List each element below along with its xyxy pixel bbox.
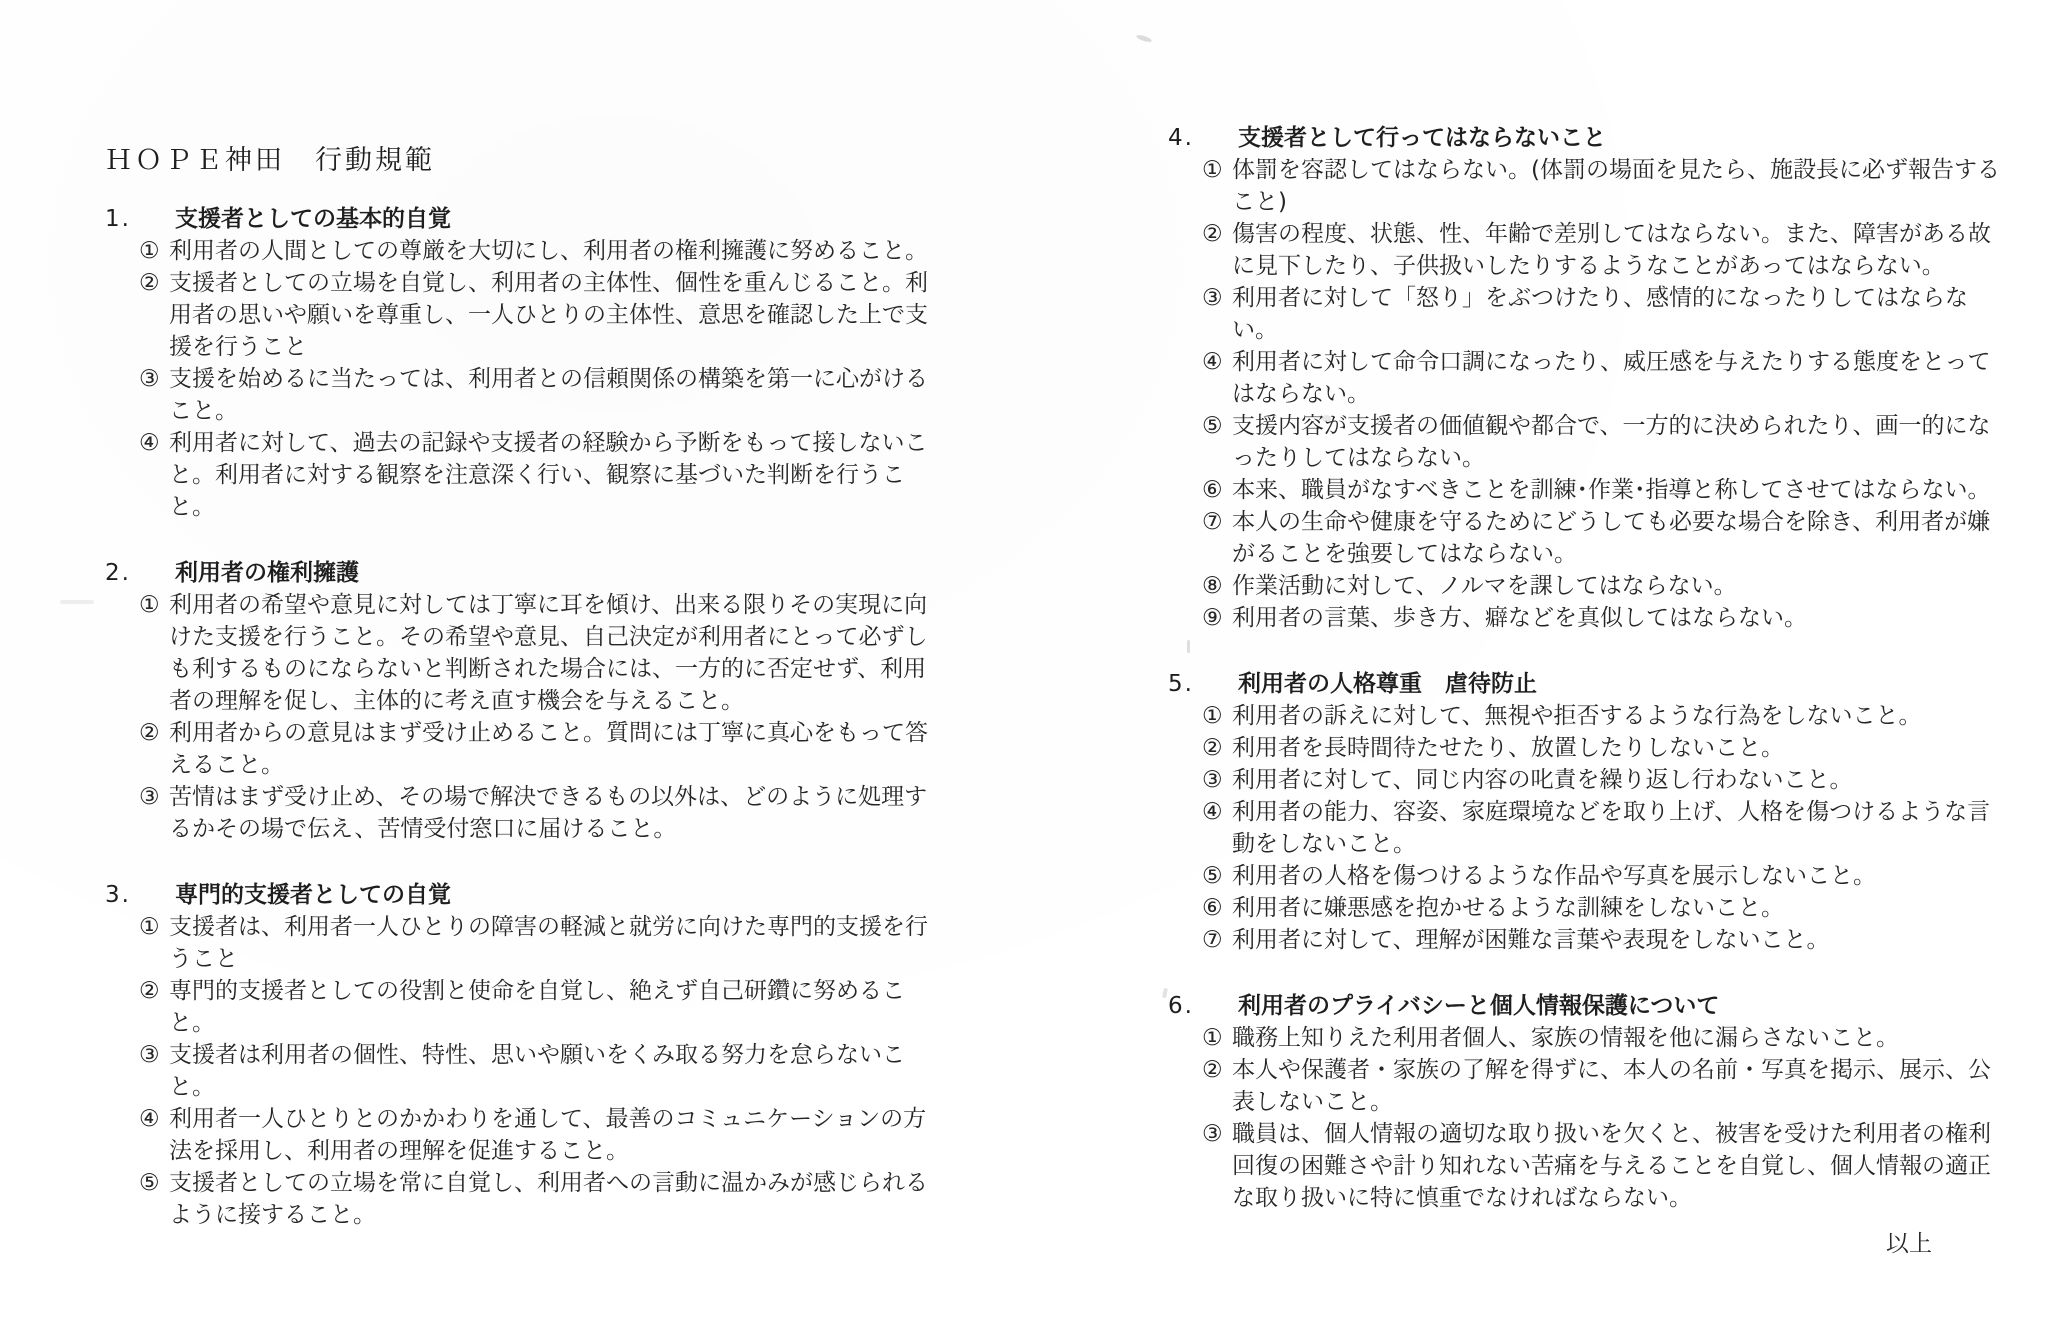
list-item: ①利用者の訴えに対して、無視や拒否するような行為をしないこと。 bbox=[1168, 700, 2006, 732]
item-text: 利用者の人格を傷つけるような作品や写真を展示しないこと。 bbox=[1232, 860, 2006, 892]
item-text: 本人や保護者・家族の了解を得ずに、本人の名前・写真を掲示、展示、公表しないこと。 bbox=[1232, 1054, 2006, 1118]
item-text: 支援者は、利用者一人ひとりの障害の軽減と就労に向けた専門的支援を行うこと bbox=[169, 911, 943, 975]
item-number-marker: ⑦ bbox=[1202, 506, 1232, 570]
item-number-marker: ① bbox=[1202, 700, 1232, 732]
section-header: 3.専門的支援者としての自覚 bbox=[105, 879, 943, 911]
list-item: ③支援を始めるに当たっては、利用者との信頼関係の構築を第一に心がけること。 bbox=[105, 363, 943, 427]
list-item: ③苦情はまず受け止め、その場で解決できるもの以外は、どのように処理するかその場で… bbox=[105, 781, 943, 845]
list-item: ②利用者からの意見はまず受け止めること。質問には丁寧に真心をもって答えること。 bbox=[105, 717, 943, 781]
list-item: ④利用者一人ひとりとのかかわりを通して、最善のコミュニケーションの方法を採用し、… bbox=[105, 1103, 943, 1167]
item-text: 利用者に対して命令口調になったり、威圧感を与えたりする態度をとってはならない。 bbox=[1232, 346, 2006, 410]
item-text: 体罰を容認してはならない。(体罰の場面を見たら、施設長に必ず報告すること) bbox=[1232, 154, 2006, 218]
item-text: 支援者としての立場を自覚し、利用者の主体性、個性を重んじること。利用者の思いや願… bbox=[169, 267, 943, 363]
closing-mark: 以上 bbox=[1168, 1228, 2006, 1260]
right-column: 4.支援者として行ってはならないこと①体罰を容認してはならない。(体罰の場面を見… bbox=[1168, 122, 2006, 1260]
item-number-marker: ⑦ bbox=[1202, 924, 1232, 956]
item-number-marker: ③ bbox=[1202, 1118, 1232, 1214]
list-item: ④利用者の能力、容姿、家庭環境などを取り上げ、人格を傷つけるような言動をしないこ… bbox=[1168, 796, 2006, 860]
item-number-marker: ⑥ bbox=[1202, 474, 1232, 506]
item-text: 利用者に対して、同じ内容の叱責を繰り返し行わないこと。 bbox=[1232, 764, 2006, 796]
item-text: 利用者からの意見はまず受け止めること。質問には丁寧に真心をもって答えること。 bbox=[169, 717, 943, 781]
item-number-marker: ② bbox=[139, 267, 169, 363]
item-number-marker: ⑨ bbox=[1202, 602, 1232, 634]
item-number-marker: ⑧ bbox=[1202, 570, 1232, 602]
item-text: 利用者に嫌悪感を抱かせるような訓練をしないこと。 bbox=[1232, 892, 2006, 924]
section-heading: 利用者の権利擁護 bbox=[175, 557, 359, 589]
list-item: ③利用者に対して「怒り」をぶつけたり、感情的になったりしてはならない。 bbox=[1168, 282, 2006, 346]
section: 2.利用者の権利擁護①利用者の希望や意見に対しては丁寧に耳を傾け、出来る限りその… bbox=[105, 557, 943, 845]
list-item: ①支援者は、利用者一人ひとりの障害の軽減と就労に向けた専門的支援を行うこと bbox=[105, 911, 943, 975]
section: 6.利用者のプライバシーと個人情報保護について①職務上知りえた利用者個人、家族の… bbox=[1168, 990, 2006, 1214]
scanned-document-page: ＨＯＰＥ神田 行動規範 1.支援者としての基本的自覚①利用者の人間としての尊厳を… bbox=[0, 0, 2048, 1318]
item-text: 苦情はまず受け止め、その場で解決できるもの以外は、どのように処理するかその場で伝… bbox=[169, 781, 943, 845]
item-number-marker: ② bbox=[1202, 732, 1232, 764]
section: 3.専門的支援者としての自覚①支援者は、利用者一人ひとりの障害の軽減と就労に向け… bbox=[105, 879, 943, 1231]
list-item: ⑨利用者の言葉、歩き方、癖などを真似してはならない。 bbox=[1168, 602, 2006, 634]
scan-artifact bbox=[1136, 34, 1153, 44]
item-text: 利用者に対して、過去の記録や支援者の経験から予断をもって接しないこと。利用者に対… bbox=[169, 427, 943, 523]
list-item: ⑤支援者としての立場を常に自覚し、利用者への言動に温かみが感じられるように接する… bbox=[105, 1167, 943, 1231]
item-text: 職員は、個人情報の適切な取り扱いを欠くと、被害を受けた利用者の権利回復の困難さや… bbox=[1232, 1118, 2006, 1214]
item-text: 支援者としての立場を常に自覚し、利用者への言動に温かみが感じられるように接するこ… bbox=[169, 1167, 943, 1231]
list-item: ③利用者に対して、同じ内容の叱責を繰り返し行わないこと。 bbox=[1168, 764, 2006, 796]
item-text: 支援者は利用者の個性、特性、思いや願いをくみ取る努力を怠らないこと。 bbox=[169, 1039, 943, 1103]
section-number: 4. bbox=[1168, 122, 1238, 154]
item-number-marker: ① bbox=[139, 589, 169, 717]
list-item: ⑧作業活動に対して、ノルマを課してはならない。 bbox=[1168, 570, 2006, 602]
section-header: 4.支援者として行ってはならないこと bbox=[1168, 122, 2006, 154]
list-item: ②専門的支援者としての役割と使命を自覚し、絶えず自己研鑽に努めること。 bbox=[105, 975, 943, 1039]
section-heading: 利用者の人格尊重 虐待防止 bbox=[1238, 668, 1537, 700]
section: 4.支援者として行ってはならないこと①体罰を容認してはならない。(体罰の場面を見… bbox=[1168, 122, 2006, 634]
item-number-marker: ④ bbox=[1202, 796, 1232, 860]
list-item: ①利用者の人間としての尊厳を大切にし、利用者の権利擁護に努めること。 bbox=[105, 235, 943, 267]
list-item: ①職務上知りえた利用者個人、家族の情報を他に漏らさないこと。 bbox=[1168, 1022, 2006, 1054]
item-number-marker: ⑥ bbox=[1202, 892, 1232, 924]
item-text: 本人の生命や健康を守るためにどうしても必要な場合を除き、利用者が嫌がることを強要… bbox=[1232, 506, 2006, 570]
item-text: 利用者の希望や意見に対しては丁寧に耳を傾け、出来る限りその実現に向けた支援を行う… bbox=[169, 589, 943, 717]
list-item: ②利用者を長時間待たせたり、放置したりしないこと。 bbox=[1168, 732, 2006, 764]
item-number-marker: ③ bbox=[139, 781, 169, 845]
right-sections: 4.支援者として行ってはならないこと①体罰を容認してはならない。(体罰の場面を見… bbox=[1168, 122, 2006, 1214]
item-number-marker: ① bbox=[1202, 1022, 1232, 1054]
item-number-marker: ① bbox=[139, 911, 169, 975]
list-item: ⑦本人の生命や健康を守るためにどうしても必要な場合を除き、利用者が嫌がることを強… bbox=[1168, 506, 2006, 570]
item-number-marker: ③ bbox=[1202, 282, 1232, 346]
item-number-marker: ② bbox=[1202, 1054, 1232, 1118]
item-text: 利用者の能力、容姿、家庭環境などを取り上げ、人格を傷つけるような言動をしないこと… bbox=[1232, 796, 2006, 860]
section-heading: 支援者として行ってはならないこと bbox=[1238, 122, 1606, 154]
item-number-marker: ④ bbox=[1202, 346, 1232, 410]
list-item: ④利用者に対して命令口調になったり、威圧感を与えたりする態度をとってはならない。 bbox=[1168, 346, 2006, 410]
item-text: 職務上知りえた利用者個人、家族の情報を他に漏らさないこと。 bbox=[1232, 1022, 2006, 1054]
item-number-marker: ③ bbox=[139, 1039, 169, 1103]
item-text: 作業活動に対して、ノルマを課してはならない。 bbox=[1232, 570, 2006, 602]
section-header: 6.利用者のプライバシーと個人情報保護について bbox=[1168, 990, 2006, 1022]
item-number-marker: ② bbox=[139, 975, 169, 1039]
list-item: ⑦利用者に対して、理解が困難な言葉や表現をしないこと。 bbox=[1168, 924, 2006, 956]
section-number: 3. bbox=[105, 879, 175, 911]
item-text: 利用者の訴えに対して、無視や拒否するような行為をしないこと。 bbox=[1232, 700, 2006, 732]
left-column: ＨＯＰＥ神田 行動規範 1.支援者としての基本的自覚①利用者の人間としての尊厳を… bbox=[105, 143, 943, 1231]
list-item: ②支援者としての立場を自覚し、利用者の主体性、個性を重んじること。利用者の思いや… bbox=[105, 267, 943, 363]
section-header: 5.利用者の人格尊重 虐待防止 bbox=[1168, 668, 2006, 700]
item-text: 利用者一人ひとりとのかかわりを通して、最善のコミュニケーションの方法を採用し、利… bbox=[169, 1103, 943, 1167]
item-text: 支援を始めるに当たっては、利用者との信頼関係の構築を第一に心がけること。 bbox=[169, 363, 943, 427]
item-number-marker: ⑤ bbox=[139, 1167, 169, 1231]
list-item: ③職員は、個人情報の適切な取り扱いを欠くと、被害を受けた利用者の権利回復の困難さ… bbox=[1168, 1118, 2006, 1214]
item-number-marker: ① bbox=[1202, 154, 1232, 218]
item-text: 本来、職員がなすべきことを訓練･作業･指導と称してさせてはならない。 bbox=[1232, 474, 2006, 506]
section-number: 2. bbox=[105, 557, 175, 589]
item-number-marker: ⑤ bbox=[1202, 410, 1232, 474]
item-text: 支援内容が支援者の価値観や都合で、一方的に決められたり、画一的になったりしてはな… bbox=[1232, 410, 2006, 474]
item-number-marker: ② bbox=[1202, 218, 1232, 282]
item-text: 利用者の人間としての尊厳を大切にし、利用者の権利擁護に努めること。 bbox=[169, 235, 943, 267]
item-number-marker: ⑤ bbox=[1202, 860, 1232, 892]
document-title: ＨＯＰＥ神田 行動規範 bbox=[105, 143, 943, 179]
list-item: ②本人や保護者・家族の了解を得ずに、本人の名前・写真を掲示、展示、公表しないこと… bbox=[1168, 1054, 2006, 1118]
section-number: 1. bbox=[105, 203, 175, 235]
list-item: ④利用者に対して、過去の記録や支援者の経験から予断をもって接しないこと。利用者に… bbox=[105, 427, 943, 523]
item-number-marker: ② bbox=[139, 717, 169, 781]
section-heading: 支援者としての基本的自覚 bbox=[175, 203, 451, 235]
item-text: 利用者の言葉、歩き方、癖などを真似してはならない。 bbox=[1232, 602, 2006, 634]
item-number-marker: ① bbox=[139, 235, 169, 267]
section-number: 6. bbox=[1168, 990, 1238, 1022]
item-number-marker: ④ bbox=[139, 1103, 169, 1167]
list-item: ①体罰を容認してはならない。(体罰の場面を見たら、施設長に必ず報告すること) bbox=[1168, 154, 2006, 218]
item-text: 利用者に対して、理解が困難な言葉や表現をしないこと。 bbox=[1232, 924, 2006, 956]
section: 5.利用者の人格尊重 虐待防止①利用者の訴えに対して、無視や拒否するような行為を… bbox=[1168, 668, 2006, 956]
item-text: 利用者に対して「怒り」をぶつけたり、感情的になったりしてはならない。 bbox=[1232, 282, 2006, 346]
list-item: ⑥本来、職員がなすべきことを訓練･作業･指導と称してさせてはならない。 bbox=[1168, 474, 2006, 506]
item-number-marker: ③ bbox=[139, 363, 169, 427]
list-item: ①利用者の希望や意見に対しては丁寧に耳を傾け、出来る限りその実現に向けた支援を行… bbox=[105, 589, 943, 717]
list-item: ⑥利用者に嫌悪感を抱かせるような訓練をしないこと。 bbox=[1168, 892, 2006, 924]
list-item: ②傷害の程度、状態、性、年齢で差別してはならない。また、障害がある故に見下したり… bbox=[1168, 218, 2006, 282]
section-heading: 利用者のプライバシーと個人情報保護について bbox=[1238, 990, 1719, 1022]
section-header: 2.利用者の権利擁護 bbox=[105, 557, 943, 589]
section-number: 5. bbox=[1168, 668, 1238, 700]
section-header: 1.支援者としての基本的自覚 bbox=[105, 203, 943, 235]
left-sections: 1.支援者としての基本的自覚①利用者の人間としての尊厳を大切にし、利用者の権利擁… bbox=[105, 203, 943, 1231]
item-text: 傷害の程度、状態、性、年齢で差別してはならない。また、障害がある故に見下したり、… bbox=[1232, 218, 2006, 282]
item-number-marker: ④ bbox=[139, 427, 169, 523]
item-text: 利用者を長時間待たせたり、放置したりしないこと。 bbox=[1232, 732, 2006, 764]
section: 1.支援者としての基本的自覚①利用者の人間としての尊厳を大切にし、利用者の権利擁… bbox=[105, 203, 943, 523]
list-item: ⑤利用者の人格を傷つけるような作品や写真を展示しないこと。 bbox=[1168, 860, 2006, 892]
list-item: ⑤支援内容が支援者の価値観や都合で、一方的に決められたり、画一的になったりしては… bbox=[1168, 410, 2006, 474]
list-item: ③支援者は利用者の個性、特性、思いや願いをくみ取る努力を怠らないこと。 bbox=[105, 1039, 943, 1103]
scan-artifact bbox=[60, 600, 94, 604]
section-heading: 専門的支援者としての自覚 bbox=[175, 879, 451, 911]
item-number-marker: ③ bbox=[1202, 764, 1232, 796]
item-text: 専門的支援者としての役割と使命を自覚し、絶えず自己研鑽に努めること。 bbox=[169, 975, 943, 1039]
